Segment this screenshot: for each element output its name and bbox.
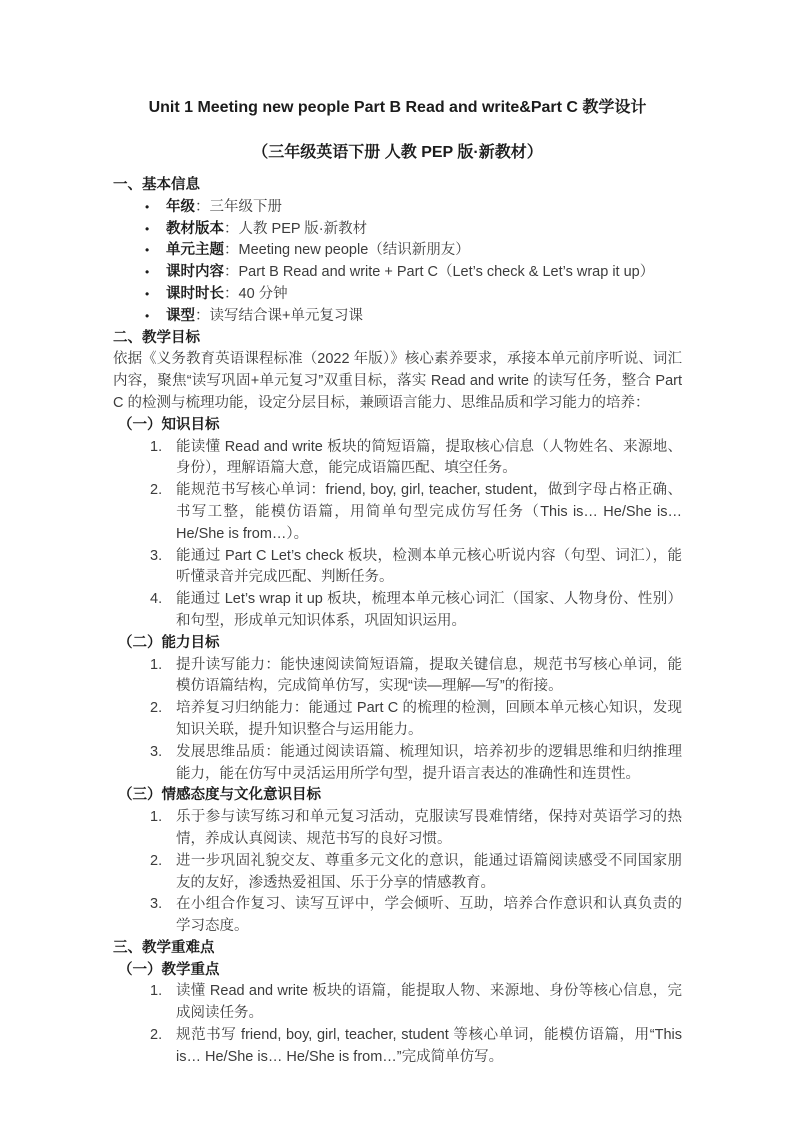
list-item: 3.发展思维品质：能通过阅读语篇、梳理知识，培养初步的逻辑思维和归纳推理能力，能… — [113, 742, 682, 786]
item-text: 读懂 Read and write 板块的语篇，能提取人物、来源地、身份等核心信… — [176, 983, 682, 1021]
item-number: 1. — [150, 437, 162, 459]
list-item: 2.能规范书写核心单词：friend, boy, girl, teacher, … — [113, 480, 682, 545]
item-number: 2. — [150, 480, 162, 502]
item-number: 3. — [150, 742, 162, 764]
list-item: 3.能通过 Part C Let’s check 板块，检测本单元核心听说内容（… — [113, 546, 682, 590]
item-value: 读写结合课+单元复习课 — [210, 306, 363, 328]
item-value: Meeting new people（结识新朋友） — [239, 240, 470, 262]
doc-subtitle: （三年级英语下册 人教 PEP 版·新教材） — [113, 142, 682, 163]
item-colon: ： — [195, 197, 210, 219]
item-number: 1. — [150, 807, 162, 829]
item-number: 4. — [150, 589, 162, 611]
list-item: 1.能读懂 Read and write 板块的简短语篇，提取核心信息（人物姓名… — [113, 437, 682, 481]
section-heading-key-points: 三、教学重难点 — [113, 938, 682, 960]
basic-info-list: •年级：三年级下册 •教材版本：人教 PEP 版·新教材 •单元主题：Meeti… — [113, 197, 682, 328]
item-text: 培养复习归纳能力：能通过 Part C 的梳理的检测，回顾本单元核心知识，发现知… — [176, 700, 682, 738]
item-text: 发展思维品质：能通过阅读语篇、梳理知识，培养初步的逻辑思维和归纳推理能力，能在仿… — [176, 744, 682, 782]
doc-title: Unit 1 Meeting new people Part B Read an… — [113, 97, 682, 118]
item-text: 乐于参与读写练习和单元复习活动，克服读写畏难情绪，保持对英语学习的热情，养成认真… — [176, 809, 682, 847]
section-heading-objectives: 二、教学目标 — [113, 328, 682, 350]
list-item: 4.能通过 Let’s wrap it up 板块，梳理本单元核心词汇（国家、人… — [113, 589, 682, 633]
item-text: 能通过 Let’s wrap it up 板块，梳理本单元核心词汇（国家、人物身… — [176, 591, 682, 629]
list-item: •教材版本：人教 PEP 版·新教材 — [113, 219, 682, 241]
affective-goals-list: 1.乐于参与读写练习和单元复习活动，克服读写畏难情绪，保持对英语学习的热情，养成… — [113, 807, 682, 938]
subheading-ability-goals: （二）能力目标 — [113, 633, 682, 655]
ability-goals-list: 1.提升读写能力：能快速阅读简短语篇，提取关键信息，规范书写核心单词，能模仿语篇… — [113, 655, 682, 786]
list-item: •单元主题：Meeting new people（结识新朋友） — [113, 240, 682, 262]
item-number: 1. — [150, 981, 162, 1003]
item-colon: ： — [224, 262, 239, 284]
knowledge-goals-list: 1.能读懂 Read and write 板块的简短语篇，提取核心信息（人物姓名… — [113, 437, 682, 633]
item-number: 2. — [150, 851, 162, 873]
item-label: 单元主题 — [166, 240, 224, 262]
item-number: 1. — [150, 655, 162, 677]
item-number: 3. — [150, 546, 162, 568]
list-item: •年级：三年级下册 — [113, 197, 682, 219]
list-item: 2.进一步巩固礼貌交友、尊重多元文化的意识，能通过语篇阅读感受不同国家朋友的友好… — [113, 851, 682, 895]
item-colon: ： — [224, 284, 239, 306]
item-label: 课型 — [166, 306, 195, 328]
list-item: 1.提升读写能力：能快速阅读简短语篇，提取关键信息，规范书写核心单词，能模仿语篇… — [113, 655, 682, 699]
item-label: 年级 — [166, 197, 195, 219]
item-text: 在小组合作复习、读写互评中，学会倾听、互助，培养合作意识和认真负责的学习态度。 — [176, 896, 682, 934]
item-value: 三年级下册 — [210, 197, 283, 219]
bullet-icon: • — [145, 197, 166, 219]
item-text: 能读懂 Read and write 板块的简短语篇，提取核心信息（人物姓名、来… — [176, 439, 682, 477]
item-label: 课时内容 — [166, 262, 224, 284]
bullet-icon: • — [145, 219, 166, 241]
item-colon: ： — [224, 240, 239, 262]
objectives-intro: 依据《义务教育英语课程标准（2022 年版）》核心素养要求，承接本单元前序听说、… — [113, 349, 682, 414]
item-value: Part B Read and write + Part C（Let’s che… — [239, 262, 655, 284]
teaching-focus-list: 1.读懂 Read and write 板块的语篇，能提取人物、来源地、身份等核… — [113, 981, 682, 1068]
item-label: 教材版本 — [166, 219, 224, 241]
item-text: 能规范书写核心单词：friend, boy, girl, teacher, st… — [176, 482, 682, 542]
item-text: 提升读写能力：能快速阅读简短语篇，提取关键信息，规范书写核心单词，能模仿语篇结构… — [176, 657, 682, 695]
item-text: 能通过 Part C Let’s check 板块，检测本单元核心听说内容（句型… — [176, 548, 682, 586]
list-item: •课时内容：Part B Read and write + Part C（Let… — [113, 262, 682, 284]
item-colon: ： — [224, 219, 239, 241]
item-text: 进一步巩固礼貌交友、尊重多元文化的意识，能通过语篇阅读感受不同国家朋友的友好，渗… — [176, 853, 682, 891]
item-number: 2. — [150, 698, 162, 720]
item-colon: ： — [195, 306, 210, 328]
subheading-knowledge-goals: （一）知识目标 — [113, 415, 682, 437]
list-item: 1.乐于参与读写练习和单元复习活动，克服读写畏难情绪，保持对英语学习的热情，养成… — [113, 807, 682, 851]
subheading-affective-goals: （三）情感态度与文化意识目标 — [113, 785, 682, 807]
item-label: 课时时长 — [166, 284, 224, 306]
list-item: 2.培养复习归纳能力：能通过 Part C 的梳理的检测，回顾本单元核心知识，发… — [113, 698, 682, 742]
item-number: 3. — [150, 894, 162, 916]
bullet-icon: • — [145, 284, 166, 306]
bullet-icon: • — [145, 306, 166, 328]
item-number: 2. — [150, 1025, 162, 1047]
item-value: 40 分钟 — [239, 284, 288, 306]
section-heading-basic-info: 一、基本信息 — [113, 175, 682, 197]
list-item: 1.读懂 Read and write 板块的语篇，能提取人物、来源地、身份等核… — [113, 981, 682, 1025]
bullet-icon: • — [145, 240, 166, 262]
item-text: 规范书写 friend, boy, girl, teacher, student… — [176, 1027, 682, 1065]
list-item: 2.规范书写 friend, boy, girl, teacher, stude… — [113, 1025, 682, 1069]
list-item: •课型：读写结合课+单元复习课 — [113, 306, 682, 328]
list-item: 3.在小组合作复习、读写互评中，学会倾听、互助，培养合作意识和认真负责的学习态度… — [113, 894, 682, 938]
list-item: •课时时长：40 分钟 — [113, 284, 682, 306]
document-page: Unit 1 Meeting new people Part B Read an… — [0, 0, 794, 1123]
bullet-icon: • — [145, 262, 166, 284]
subheading-teaching-focus: （一）教学重点 — [113, 960, 682, 982]
item-value: 人教 PEP 版·新教材 — [239, 219, 368, 241]
